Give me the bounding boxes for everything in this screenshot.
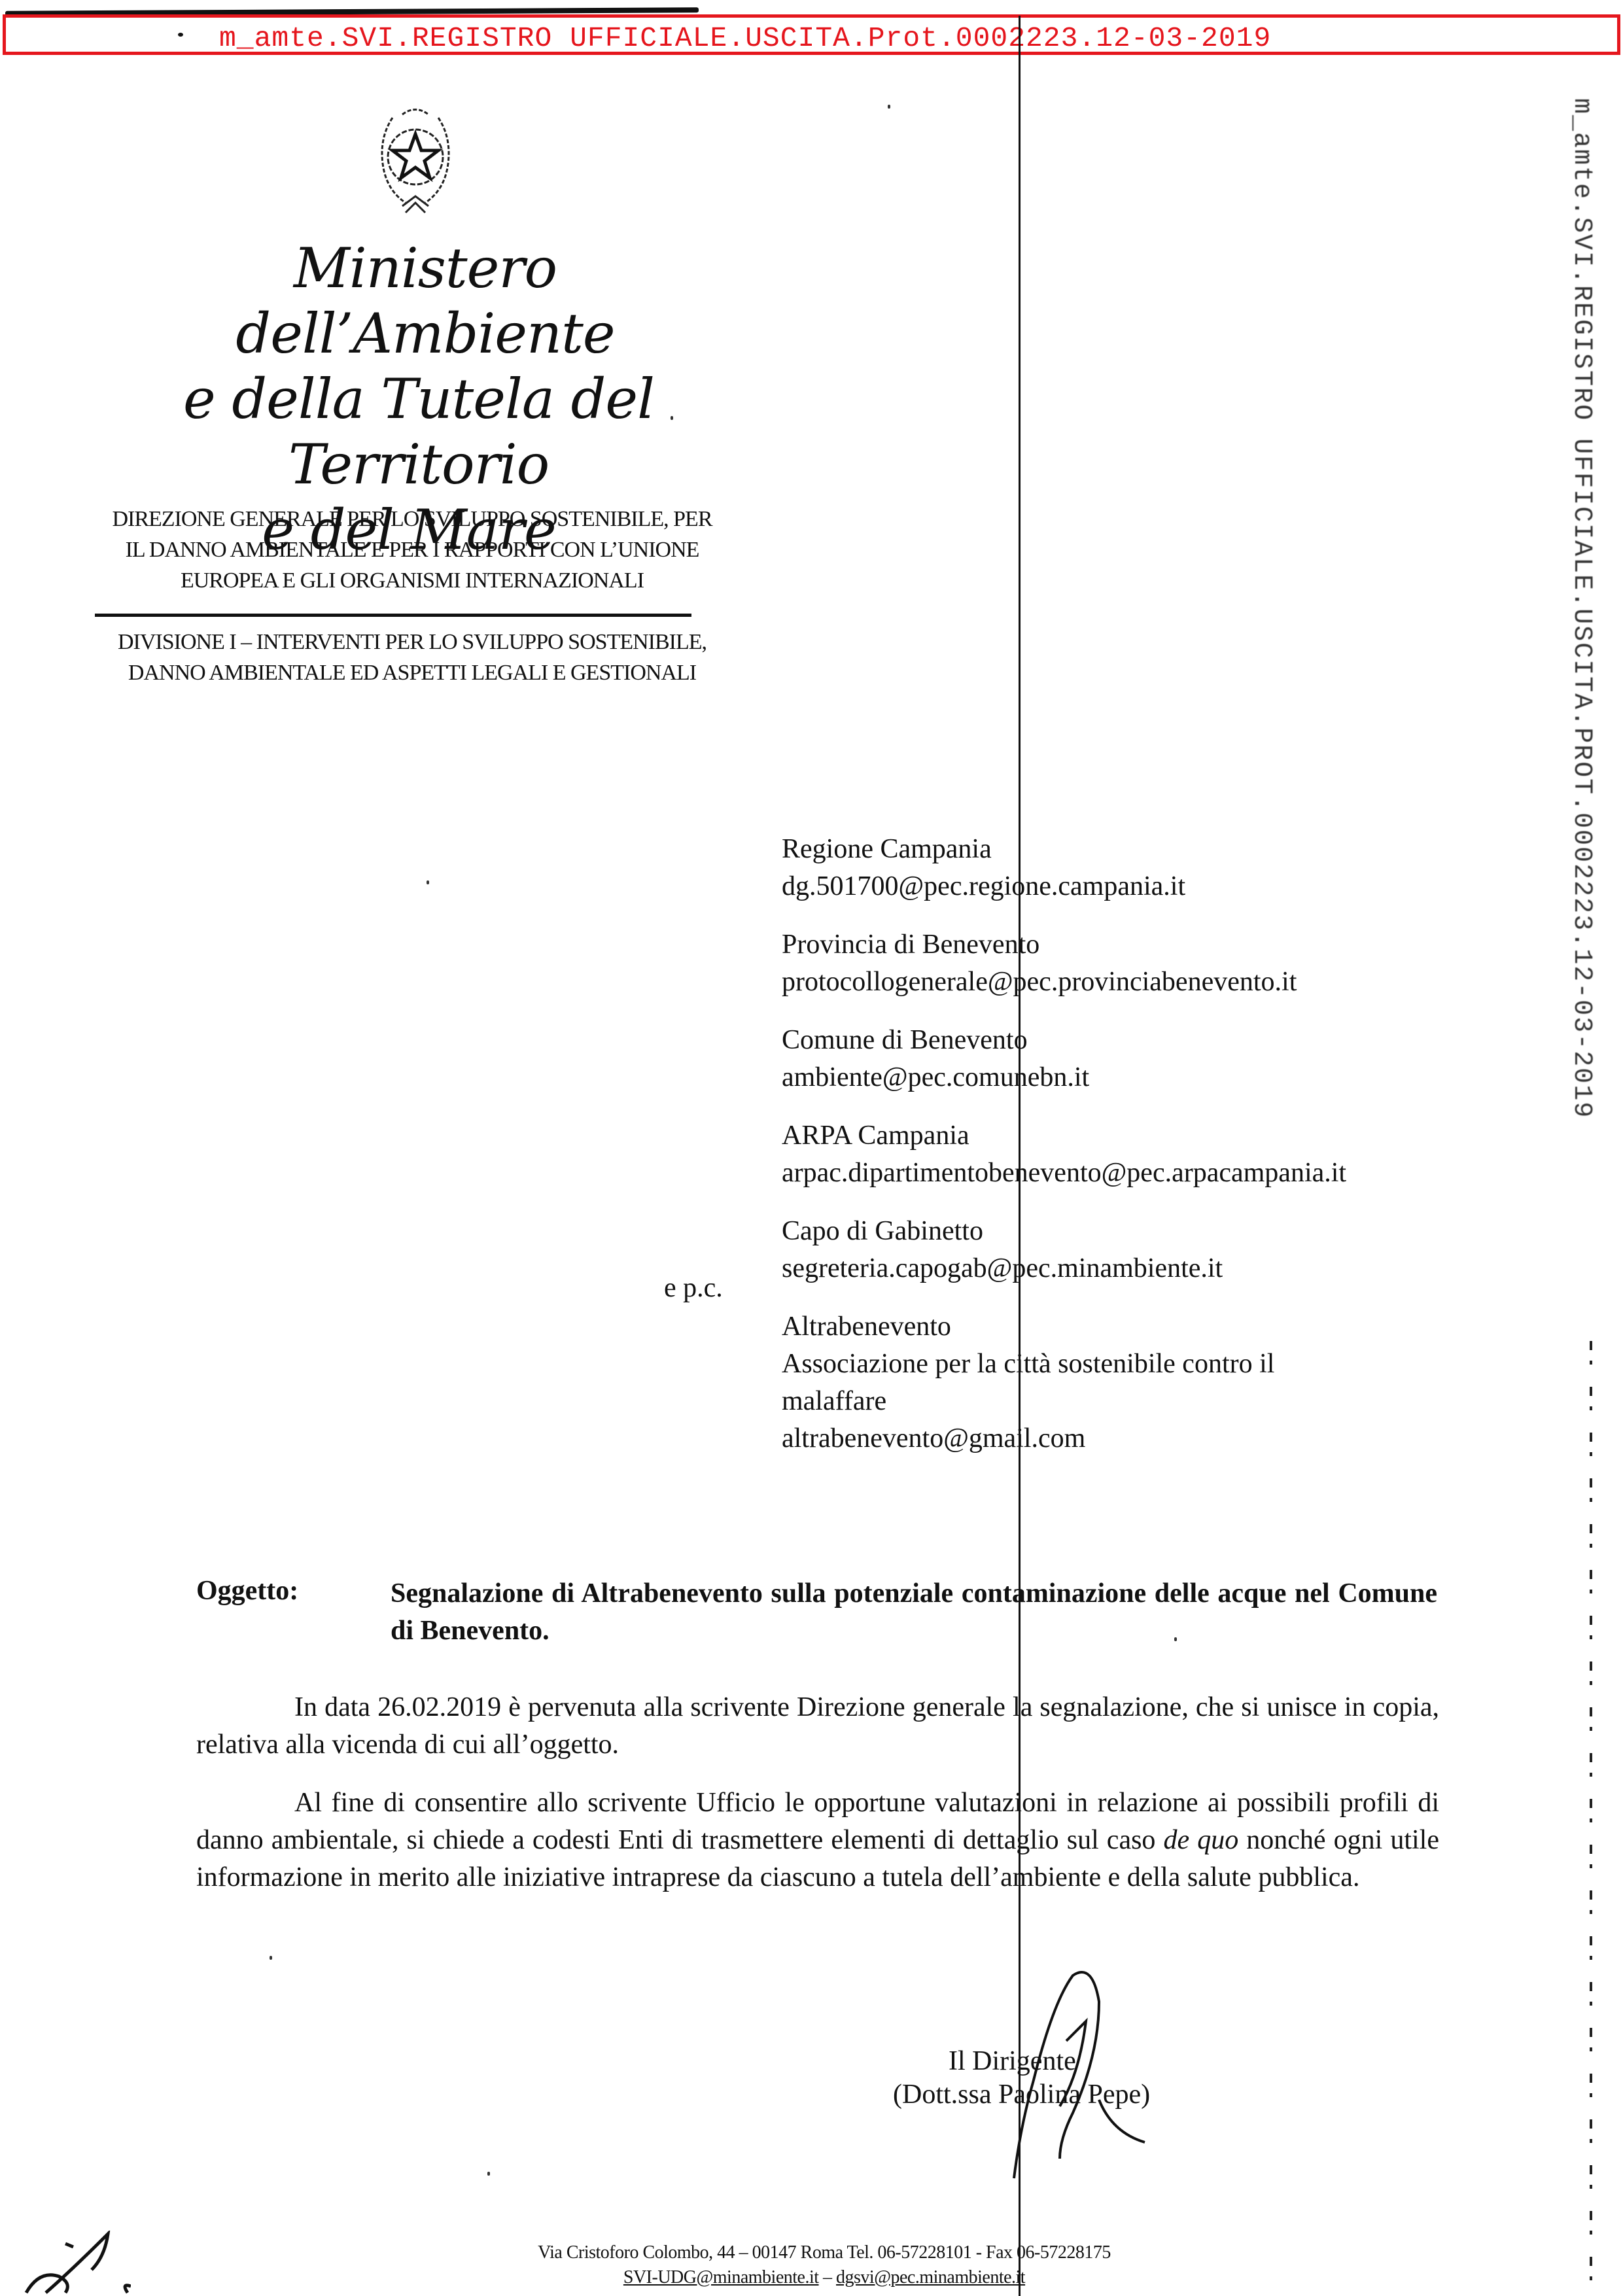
body-paragraph-2: Al fine di consentire allo scrivente Uff… <box>196 1784 1439 1896</box>
recipient-email[interactable]: segreteria.capogab@pec.minambiente.it <box>782 1250 1346 1287</box>
recipient: ARPA Campania arpac.dipartimentobenevent… <box>782 1117 1346 1192</box>
footer-address: Via Cristoforo Colombo, 44 – 00147 Roma … <box>432 2242 1217 2263</box>
ministry-title-line-2: e della Tutela del Territorio <box>92 366 746 497</box>
direzione-line-2: il Danno Ambientale e per i Rapporti con… <box>72 534 752 565</box>
recipient-name: Altrabenevento <box>782 1308 1346 1346</box>
direzione-line-3: Europea e gli Organismi Internazionali <box>72 565 752 596</box>
footer-email-udg-link[interactable]: SVI-UDG@minambiente.it <box>623 2267 819 2287</box>
recipient-email[interactable]: altrabenevento@gmail.com <box>782 1420 1346 1457</box>
subject-label: Oggetto: <box>196 1575 298 1607</box>
ministry-title-line-1: Ministero dell’Ambiente <box>105 235 746 366</box>
divisione-line-2: Danno Ambientale ed Aspetti Legali e Ges… <box>72 657 752 688</box>
recipient: Capo di Gabinetto segreteria.capogab@pec… <box>782 1213 1346 1287</box>
scan-speck <box>888 105 890 109</box>
latin-phrase: de quo <box>1164 1825 1239 1855</box>
scan-speck <box>427 880 429 884</box>
header-divider <box>95 614 691 617</box>
recipient-email[interactable]: dg.501700@pec.regione.campania.it <box>782 868 1346 905</box>
recipient-name: Capo di Gabinetto <box>782 1213 1346 1250</box>
letter-body: In data 26.02.2019 è pervenuta alla scri… <box>196 1689 1439 1917</box>
recipient-email[interactable]: arpac.dipartimentobenevento@pec.arpacamp… <box>782 1155 1346 1192</box>
footer-separator: – <box>819 2267 837 2287</box>
recipient-name: Provincia di Benevento <box>782 926 1346 964</box>
divisione-line-1: Divisione I – Interventi per lo Sviluppo… <box>72 627 752 657</box>
cc-label: e p.c. <box>664 1272 723 1304</box>
scan-speck <box>178 33 183 37</box>
scan-speck <box>671 416 673 420</box>
italian-republic-emblem-icon <box>366 98 464 222</box>
direzione-line-1: Direzione Generale per lo Sviluppo Soste… <box>72 504 752 534</box>
recipient-name: Comune di Benevento <box>782 1022 1346 1059</box>
scan-speck <box>487 2172 490 2176</box>
recipient: Regione Campania dg.501700@pec.regione.c… <box>782 831 1346 905</box>
recipient: Comune di Benevento ambiente@pec.comuneb… <box>782 1022 1346 1096</box>
signatory-name: (Dott.ssa Paolina Pepe) <box>893 2079 1150 2110</box>
side-protocol-stamp: m_amte.SVI.REGISTRO UFFICIALE.USCITA.PRO… <box>1563 98 1596 1374</box>
subject-text: Segnalazione di Altrabenevento sulla pot… <box>391 1575 1437 1650</box>
recipient: Provincia di Benevento protocollogeneral… <box>782 926 1346 1001</box>
body-paragraph-1: In data 26.02.2019 è pervenuta alla scri… <box>196 1689 1439 1764</box>
recipient: Altrabenevento Associazione per la città… <box>782 1308 1346 1457</box>
protocol-stamp-text: m_amte.SVI.REGISTRO UFFICIALE.USCITA.Pro… <box>219 22 1271 54</box>
footer-emails: SVI-UDG@minambiente.it – dgsvi@pec.minam… <box>432 2267 1217 2288</box>
signatory-title: Il Dirigente <box>949 2045 1076 2077</box>
scan-speck <box>1174 1637 1177 1641</box>
recipient-name: ARPA Campania <box>782 1117 1346 1155</box>
divisione: Divisione I – Interventi per lo Sviluppo… <box>72 627 752 688</box>
recipient-email[interactable]: protocollogenerale@pec.provinciabenevent… <box>782 964 1346 1001</box>
direzione-generale: Direzione Generale per lo Sviluppo Soste… <box>72 504 752 596</box>
handwritten-initials-icon <box>13 2231 131 2296</box>
scan-speck <box>270 1956 272 1960</box>
recipients-list: Regione Campania dg.501700@pec.regione.c… <box>782 831 1346 1478</box>
recipient-name: Regione Campania <box>782 831 1346 868</box>
footer-email-pec-link[interactable]: dgsvi@pec.minambiente.it <box>836 2267 1025 2287</box>
recipient-description: Associazione per la città sostenibile co… <box>782 1346 1346 1383</box>
side-scan-dashes <box>1590 1341 1592 2289</box>
recipient-description: malaffare <box>782 1383 1346 1420</box>
recipient-email[interactable]: ambiente@pec.comunebn.it <box>782 1059 1346 1096</box>
